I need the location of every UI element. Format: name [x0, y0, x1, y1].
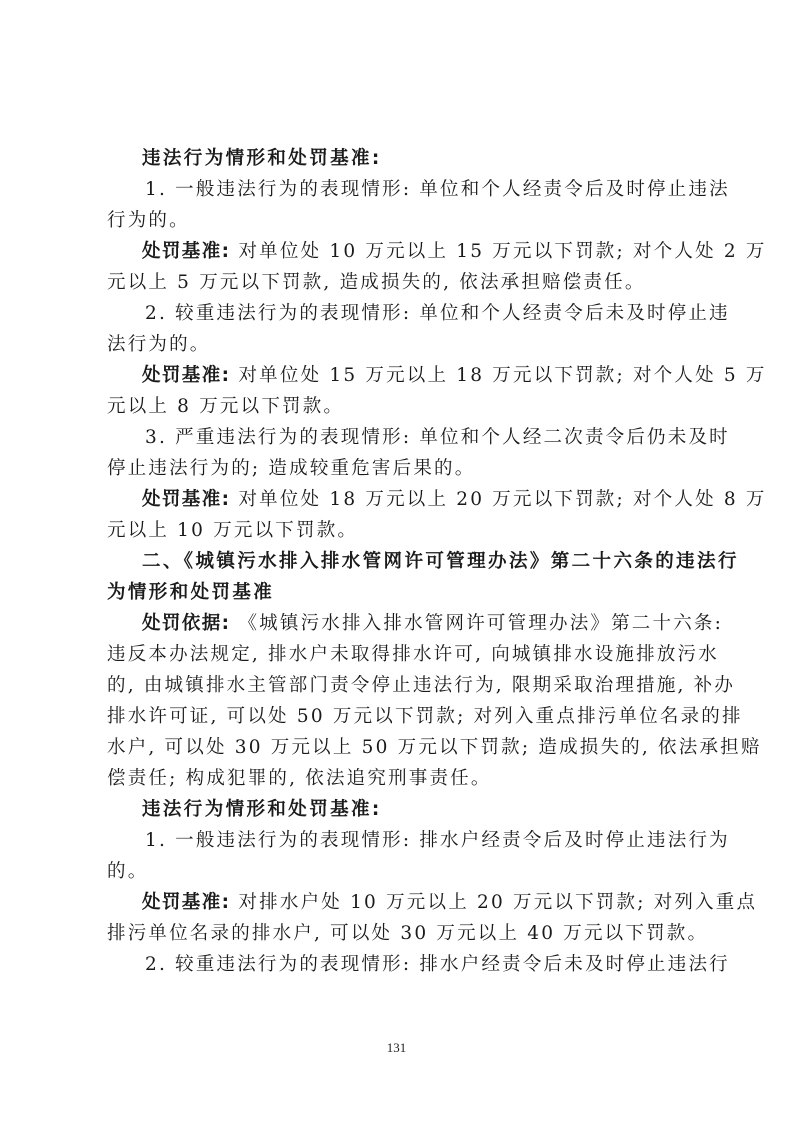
paragraph-line: 法行为的。: [107, 329, 690, 360]
paragraph-line: 的, 由城镇排水主管部门责令停止违法行为, 限期采取治理措施, 补办: [107, 670, 690, 701]
paragraph-line: 1. 一般违法行为的表现情形: 排水户经责令后及时停止违法行为: [107, 825, 690, 856]
paragraph-line: 元以上 8 万元以下罚款。: [107, 391, 690, 422]
penalty-standard-line: 处罚基准: 对单位处 15 万元以上 18 万元以下罚款; 对个人处 5 万: [107, 360, 690, 391]
paragraph-line: 排水许可证, 可以处 50 万元以下罚款; 对列入重点排污单位名录的排: [107, 701, 690, 732]
penalty-basis-text: 《城镇污水排入排水管网许可管理办法》第二十六条:: [230, 613, 723, 634]
paragraph-line: 排污单位名录的排水户, 可以处 30 万元以上 40 万元以下罚款。: [107, 918, 690, 949]
section-heading: 违法行为情形和处罚基准:: [107, 143, 690, 174]
penalty-standard-text: 对单位处 15 万元以上 18 万元以下罚款; 对个人处 5 万: [230, 365, 766, 386]
section-title-continued: 为情形和处罚基准: [107, 577, 690, 608]
paragraph-line: 的。: [107, 856, 690, 887]
paragraph-line: 违反本办法规定, 排水户未取得排水许可, 向城镇排水设施排放污水: [107, 639, 690, 670]
document-page: 违法行为情形和处罚基准: 1. 一般违法行为的表现情形: 单位和个人经责令后及时…: [107, 143, 690, 980]
penalty-basis-line: 处罚依据: 《城镇污水排入排水管网许可管理办法》第二十六条:: [107, 608, 690, 639]
paragraph-line: 1. 一般违法行为的表现情形: 单位和个人经责令后及时停止违法: [107, 174, 690, 205]
penalty-standard-label: 处罚基准:: [142, 241, 230, 262]
paragraph-line: 偿责任; 构成犯罪的, 依法追究刑事责任。: [107, 763, 690, 794]
paragraph-line: 元以上 10 万元以下罚款。: [107, 515, 690, 546]
penalty-standard-label: 处罚基准:: [142, 365, 230, 386]
paragraph-line: 元以上 5 万元以下罚款, 造成损失的, 依法承担赔偿责任。: [107, 267, 690, 298]
penalty-standard-text: 对单位处 10 万元以上 15 万元以下罚款; 对个人处 2 万: [230, 241, 766, 262]
penalty-standard-line: 处罚基准: 对排水户处 10 万元以上 20 万元以下罚款; 对列入重点: [107, 887, 690, 918]
penalty-standard-line: 处罚基准: 对单位处 10 万元以上 15 万元以下罚款; 对个人处 2 万: [107, 236, 690, 267]
paragraph-line: 2. 较重违法行为的表现情形: 排水户经责令后未及时停止违法行: [107, 949, 690, 980]
penalty-standard-label: 处罚基准:: [142, 892, 230, 913]
paragraph-line: 行为的。: [107, 205, 690, 236]
page-number: 131: [0, 1040, 793, 1056]
paragraph-line: 水户, 可以处 30 万元以上 50 万元以下罚款; 造成损失的, 依法承担赔: [107, 732, 690, 763]
paragraph-line: 3. 严重违法行为的表现情形: 单位和个人经二次责令后仍未及时: [107, 422, 690, 453]
penalty-standard-label: 处罚基准:: [142, 489, 230, 510]
paragraph-line: 2. 较重违法行为的表现情形: 单位和个人经责令后未及时停止违: [107, 298, 690, 329]
penalty-standard-line: 处罚基准: 对单位处 18 万元以上 20 万元以下罚款; 对个人处 8 万: [107, 484, 690, 515]
section-title: 二、《城镇污水排入排水管网许可管理办法》第二十六条的违法行: [107, 546, 690, 577]
paragraph-line: 停止违法行为的; 造成较重危害后果的。: [107, 453, 690, 484]
penalty-standard-text: 对单位处 18 万元以上 20 万元以下罚款; 对个人处 8 万: [230, 489, 766, 510]
section-heading: 违法行为情形和处罚基准:: [107, 794, 690, 825]
penalty-basis-label: 处罚依据:: [142, 613, 230, 634]
penalty-standard-text: 对排水户处 10 万元以上 20 万元以下罚款; 对列入重点: [230, 892, 757, 913]
